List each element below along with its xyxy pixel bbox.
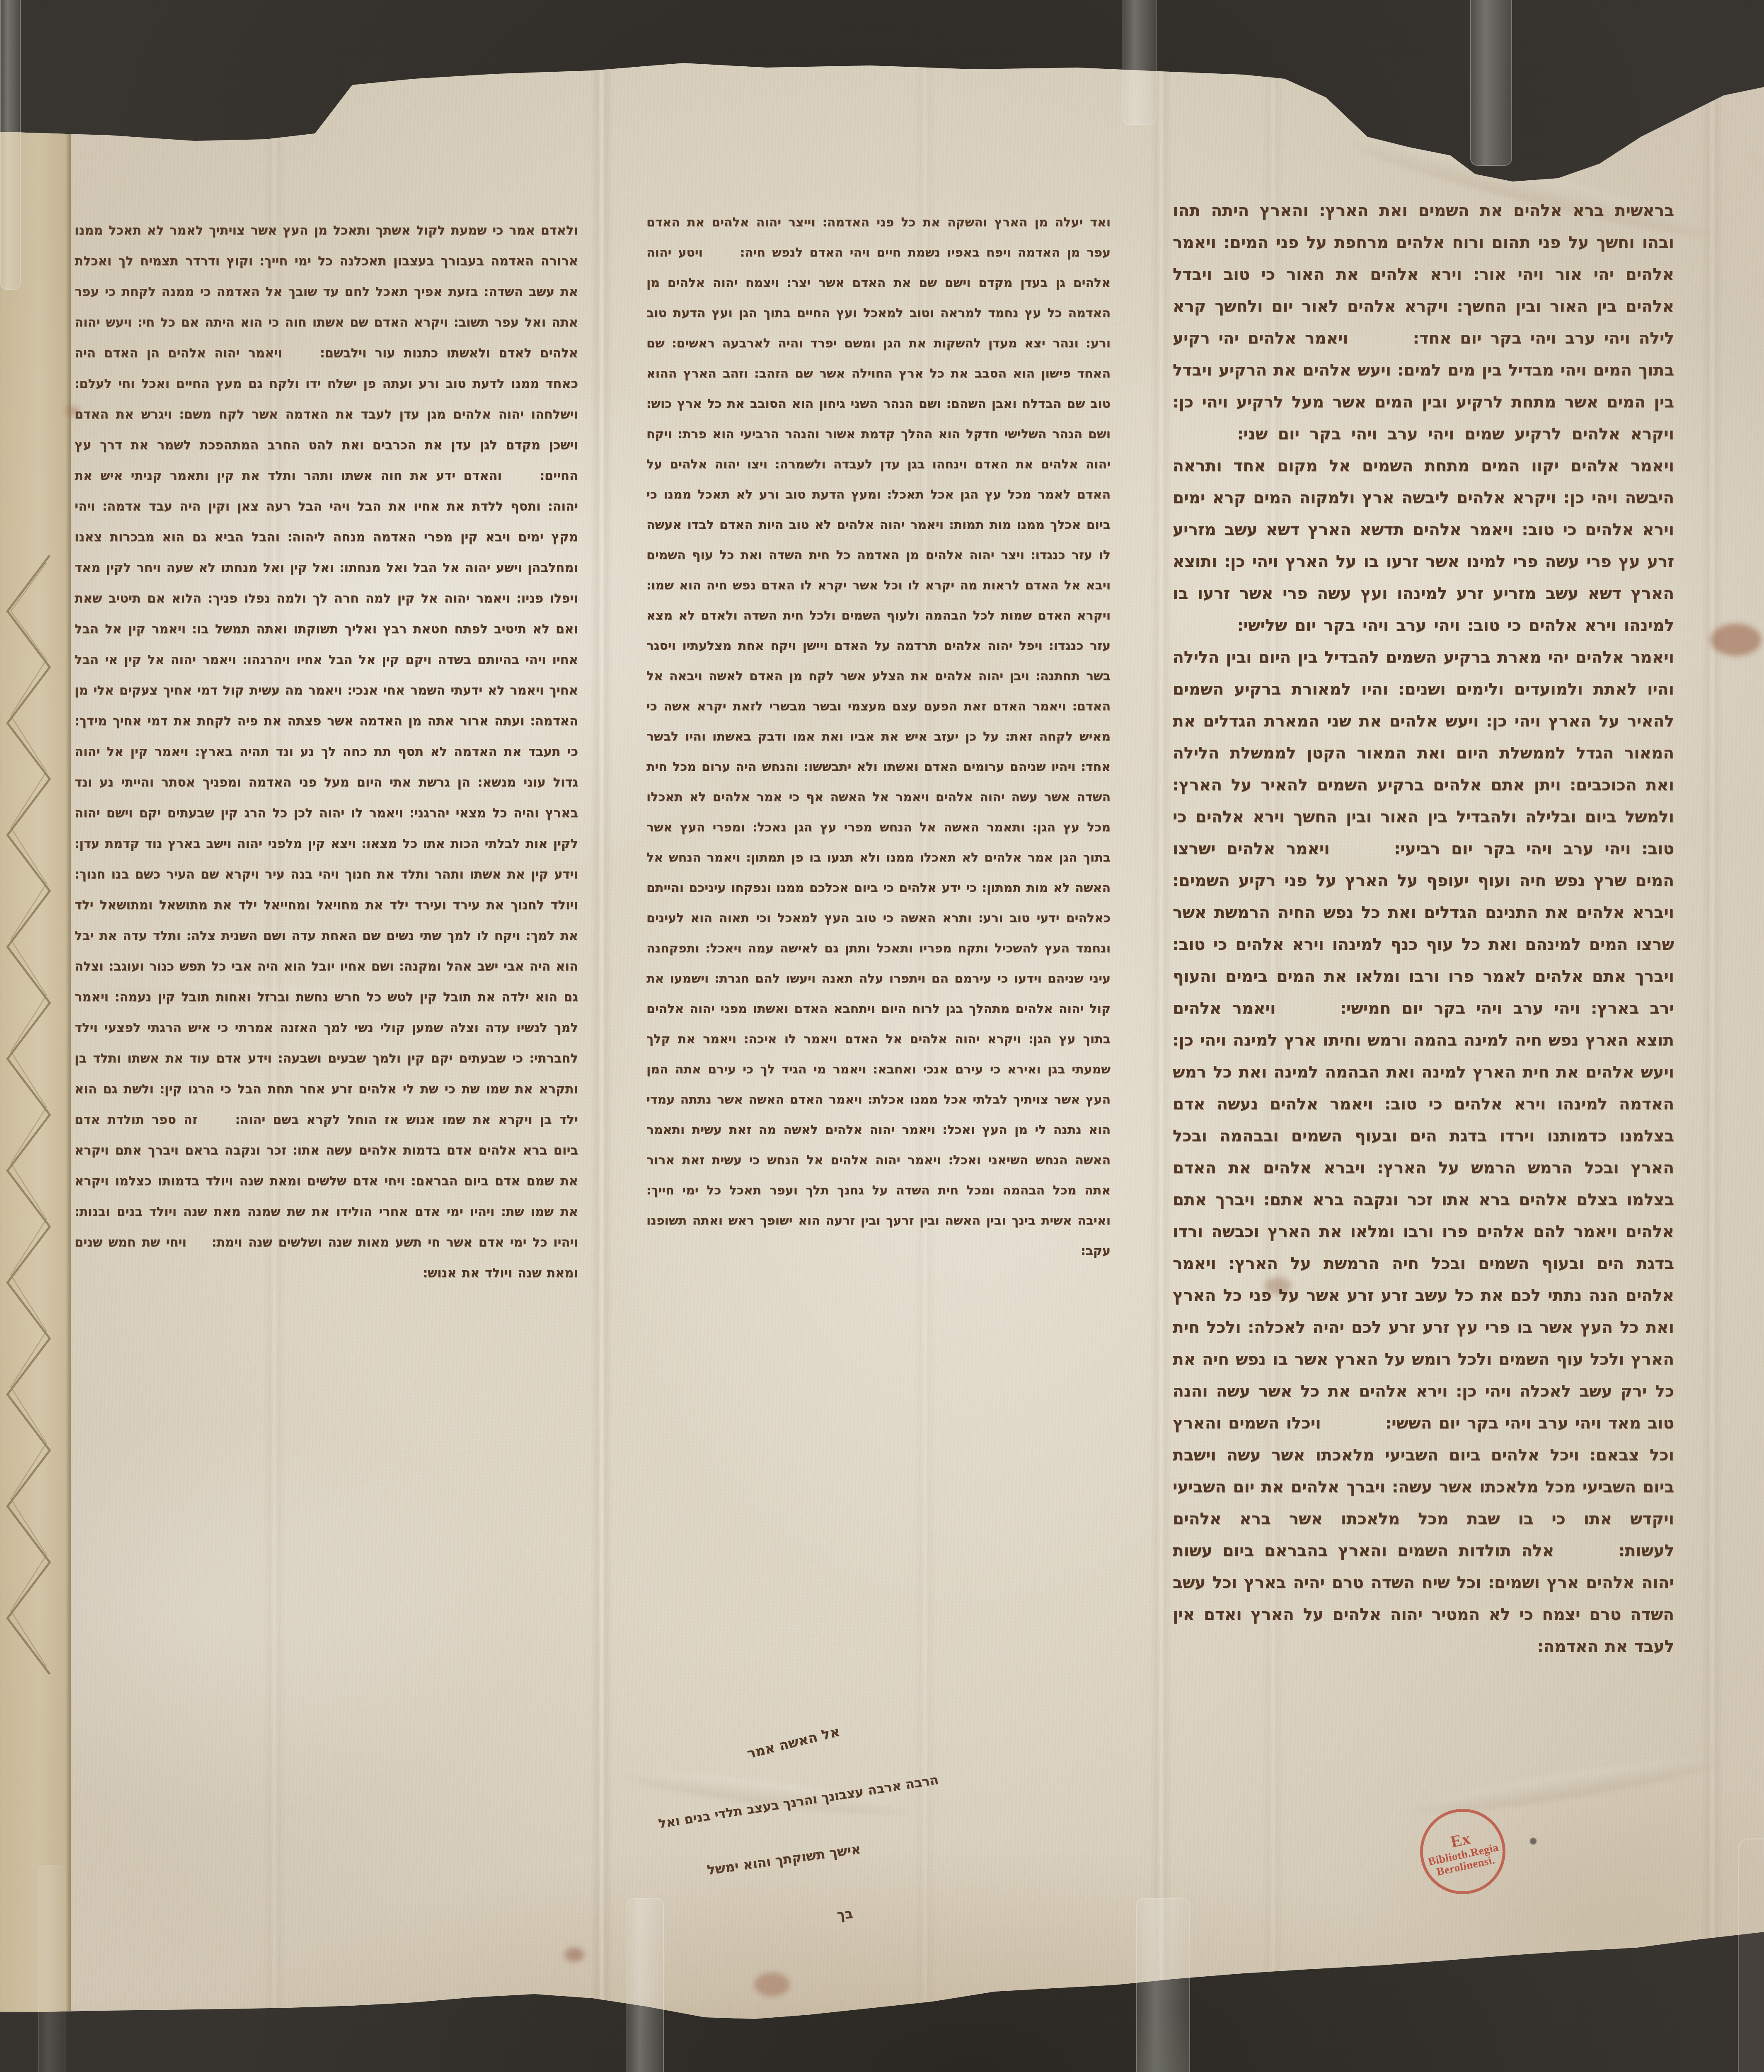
- plexiglass-strip-bottom-middle: [627, 1898, 664, 2072]
- strip-tint: [1137, 2011, 1189, 2072]
- plexiglass-strip-bottom-left: [38, 1865, 65, 2072]
- vignette-shading: [0, 0, 1764, 2072]
- plexiglass-sheet-corner: [1738, 1838, 1764, 2072]
- plexiglass-strip-bottom-center: [1136, 1898, 1190, 2072]
- plexiglass-strip-top-middle: [1123, 0, 1157, 125]
- plexiglass-strip-top-left: [0, 0, 21, 290]
- manuscript-photograph: בראשית ברא אלהים את השמים ואת הארץ׃ והאר…: [0, 0, 1764, 2072]
- parchment-sheet: בראשית ברא אלהים את השמים ואת הארץ׃ והאר…: [0, 0, 1764, 2072]
- plexiglass-strip-top-right: [1470, 0, 1512, 166]
